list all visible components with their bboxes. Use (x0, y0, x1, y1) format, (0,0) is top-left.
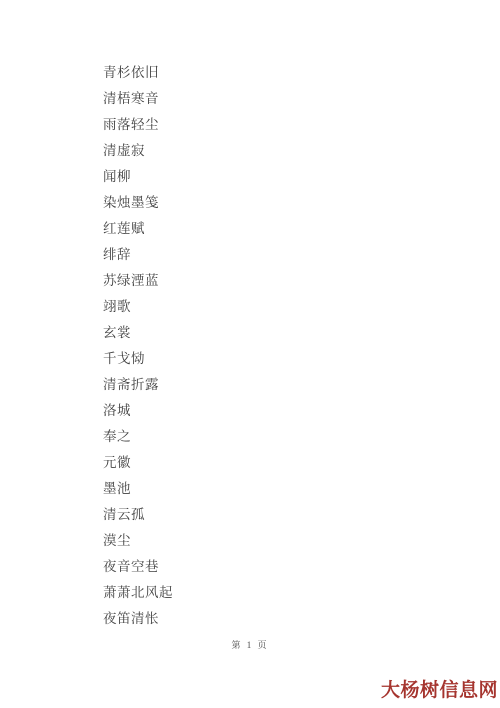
list-item: 闻柳 (103, 164, 173, 190)
list-item: 墨池 (103, 476, 173, 502)
list-item: 翊歌 (103, 294, 173, 320)
list-item: 苏绿湮蓝 (103, 268, 173, 294)
list-item: 染烛墨笺 (103, 190, 173, 216)
list-item: 萧萧北风起 (103, 580, 173, 606)
list-item: 清虚寂 (103, 138, 173, 164)
list-item: 玄裳 (103, 320, 173, 346)
list-item: 清斋折露 (103, 372, 173, 398)
list-item: 清云孤 (103, 502, 173, 528)
list-item: 洛城 (103, 398, 173, 424)
list-item: 雨落轻尘 (103, 112, 173, 138)
list-item: 夜音空巷 (103, 554, 173, 580)
list-item: 红莲赋 (103, 216, 173, 242)
watermark: 大杨树信息网 (381, 675, 498, 702)
document-page: 青杉依旧清梧寒音雨落轻尘清虚寂闻柳染烛墨笺红莲赋绯辞苏绿湮蓝翊歌玄裳千戈恸清斋折… (0, 0, 500, 708)
list-item: 元徽 (103, 450, 173, 476)
list-item: 青杉依旧 (103, 60, 173, 86)
list-item: 清梧寒音 (103, 86, 173, 112)
page-number: 第 1 页 (0, 638, 500, 651)
list-item: 千戈恸 (103, 346, 173, 372)
name-list: 青杉依旧清梧寒音雨落轻尘清虚寂闻柳染烛墨笺红莲赋绯辞苏绿湮蓝翊歌玄裳千戈恸清斋折… (103, 60, 173, 632)
list-item: 绯辞 (103, 242, 173, 268)
list-item: 漠尘 (103, 528, 173, 554)
list-item: 奉之 (103, 424, 173, 450)
list-item: 夜笛清怅 (103, 606, 173, 632)
